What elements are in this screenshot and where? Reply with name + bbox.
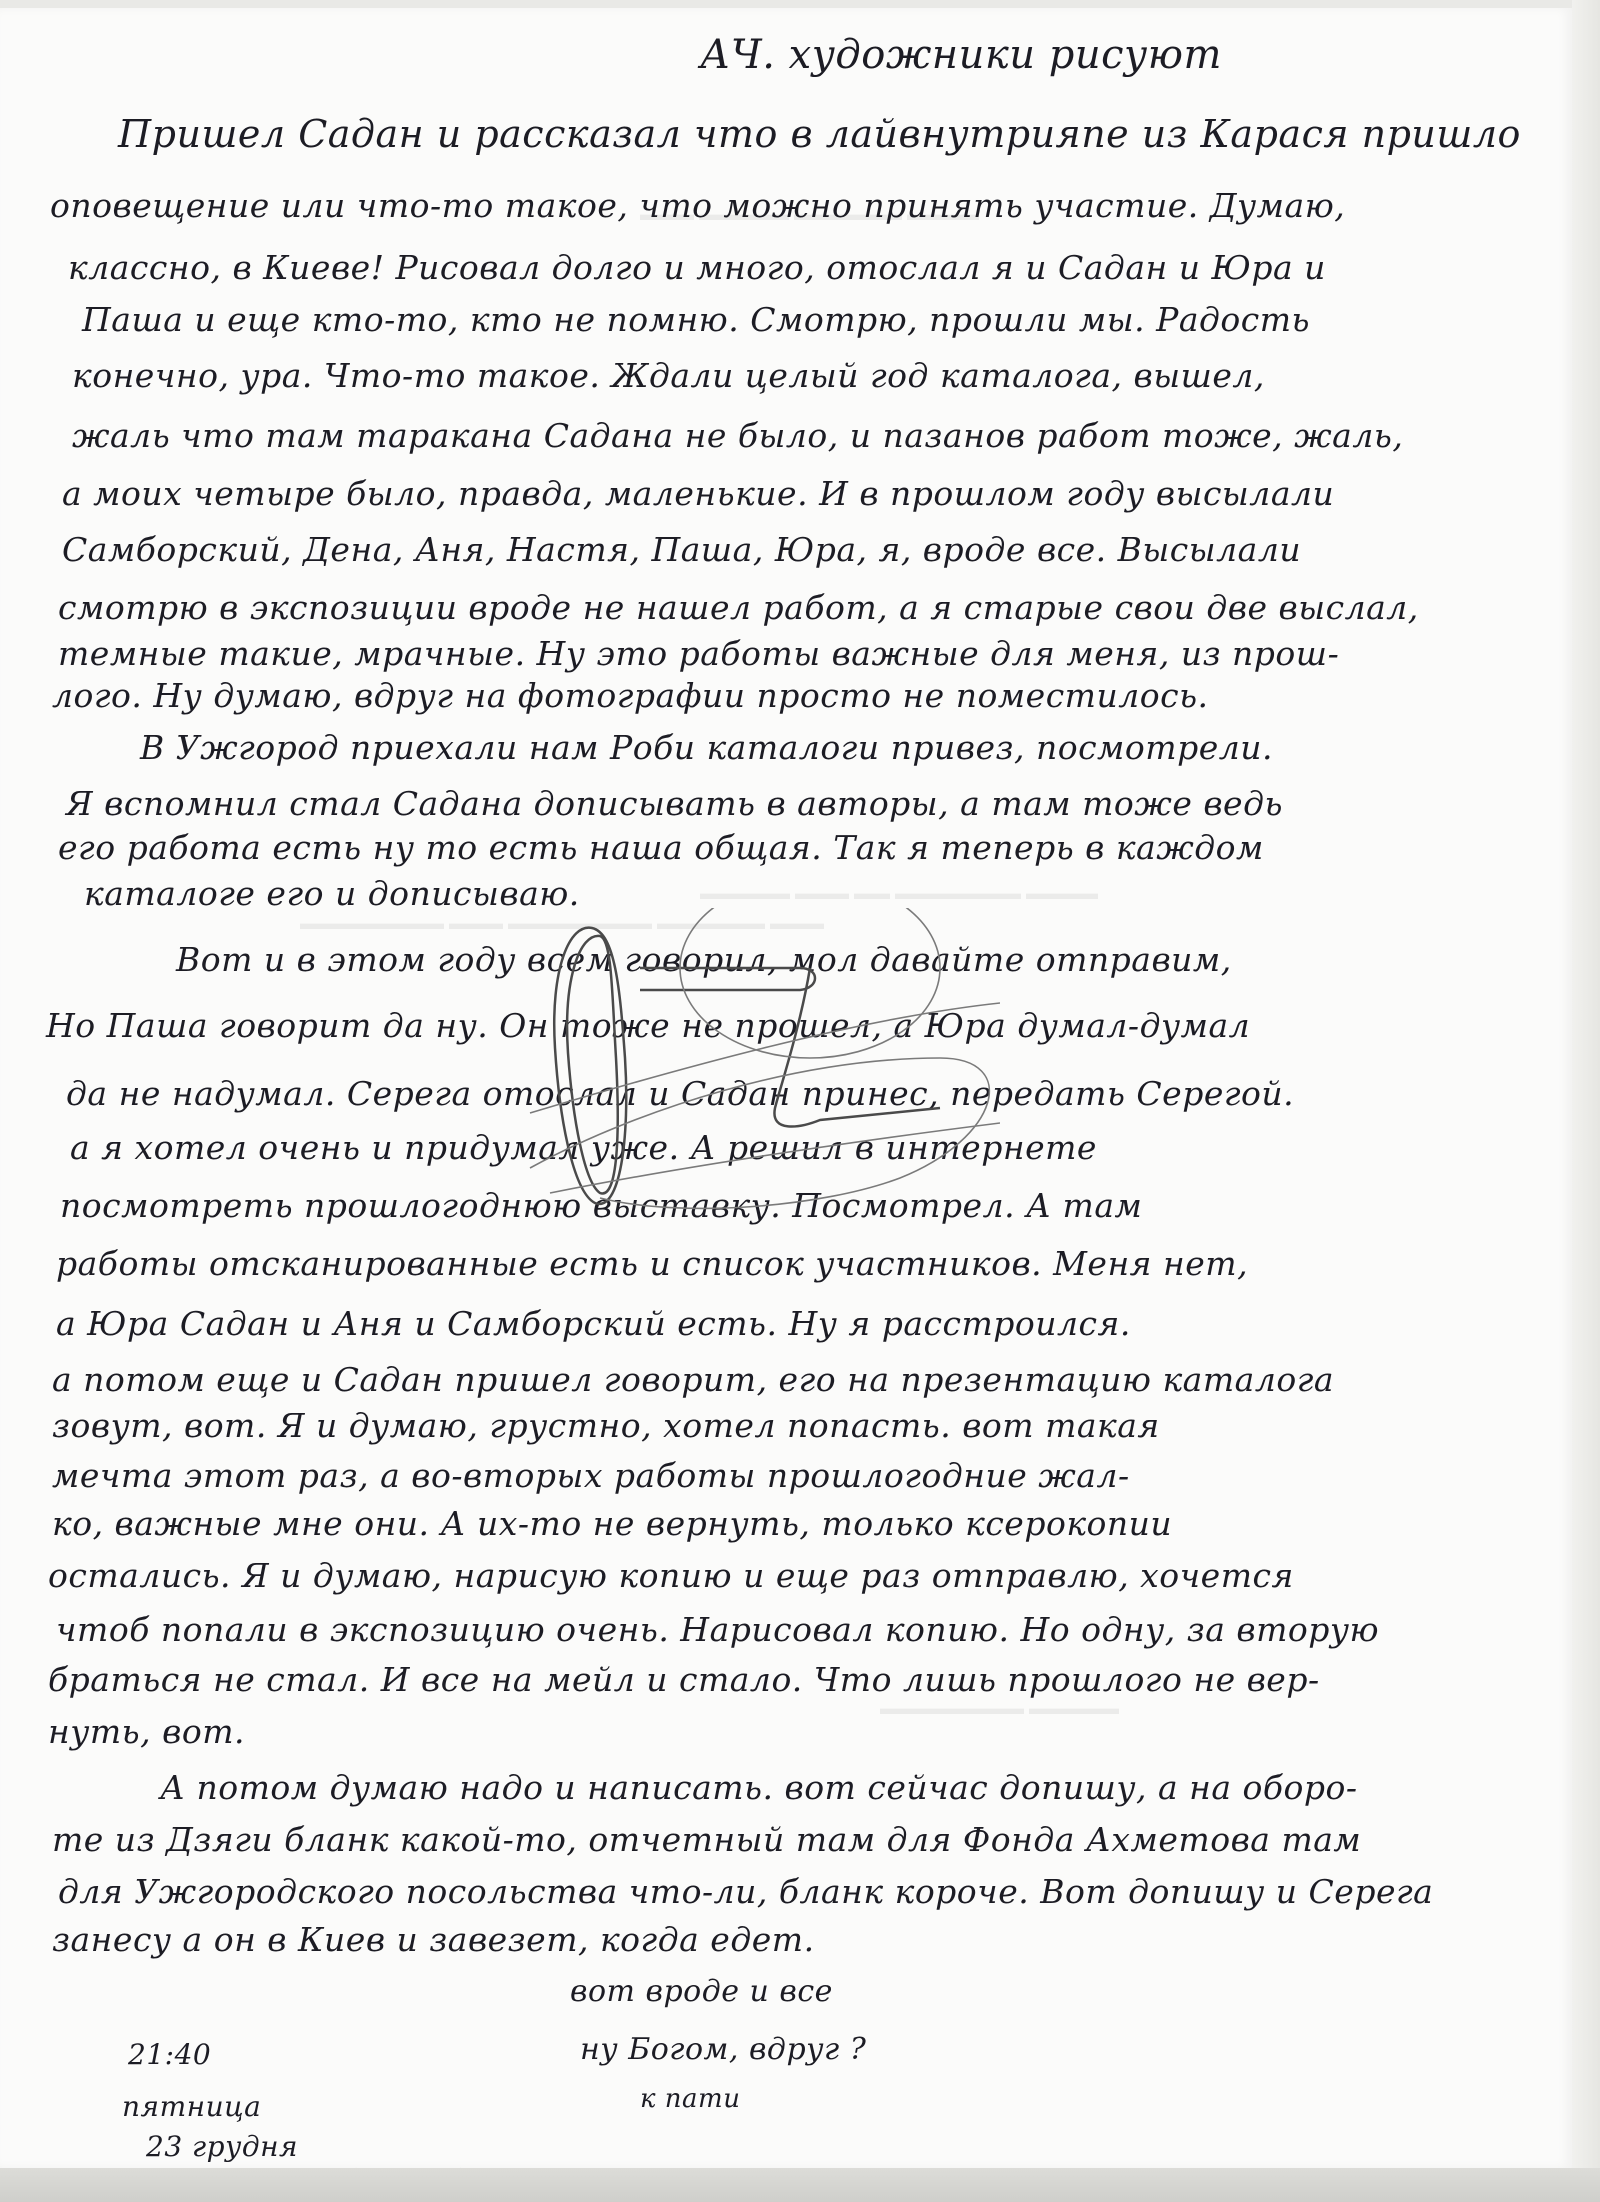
text-line: конечно, ура. Что-то такое. Ждали целый … bbox=[72, 356, 1265, 395]
closing-line: к пати bbox=[640, 2084, 740, 2114]
text-line: В Ужгород приехали нам Роби каталоги при… bbox=[140, 728, 1273, 767]
text-line: те из Дзяги бланк какой-то, отчетный там… bbox=[52, 1820, 1361, 1859]
text-line: А потом думаю надо и написать. вот сейча… bbox=[160, 1768, 1358, 1807]
text-line: остались. Я и думаю, нарисую копию и еще… bbox=[48, 1556, 1294, 1595]
text-line: его работа есть ну то есть наша общая. Т… bbox=[58, 828, 1264, 867]
text-line: оповещение или что-то такое, что можно п… bbox=[50, 186, 1345, 225]
text-line: лого. Ну думаю, вдруг на фотографии прос… bbox=[52, 676, 1209, 715]
text-line: а Юра Садан и Аня и Самборский есть. Ну … bbox=[56, 1304, 1131, 1343]
text-line: браться не стал. И все на мейл и стало. … bbox=[48, 1660, 1320, 1699]
text-line: нуть, вот. bbox=[48, 1712, 245, 1751]
text-line: смотрю в экспозиции вроде не нашел работ… bbox=[58, 588, 1419, 627]
footer-weekday: пятница bbox=[122, 2090, 261, 2123]
text-line: темные такие, мрачные. Ну это работы важ… bbox=[58, 634, 1339, 673]
footer-time: 21:40 bbox=[128, 2038, 211, 2071]
text-line: зовут, вот. Я и думаю, грустно, хотел по… bbox=[52, 1406, 1160, 1445]
text-line: жаль что там таракана Садана не было, и … bbox=[72, 416, 1403, 455]
footer-date: 23 грудня bbox=[146, 2130, 298, 2163]
text-line: ко, важные мне они. А их-то не вернуть, … bbox=[52, 1504, 1172, 1543]
bleed-through-text: ▬▬▬▬▬ ▬▬▬ ▬▬ ▬▬▬▬▬▬▬ ▬▬▬▬ bbox=[700, 883, 1098, 904]
bleed-through-text: ▬▬▬▬▬▬▬▬ ▬▬▬▬▬ bbox=[880, 1698, 1119, 1719]
page-title: АЧ. художники рисуют bbox=[700, 32, 1222, 78]
closing-line: вот вроде и все bbox=[570, 1974, 833, 2009]
text-line: занесу а он в Киев и завезет, когда едет… bbox=[52, 1920, 815, 1959]
text-line: Паша и еще кто-то, кто не помню. Смотрю,… bbox=[82, 300, 1310, 339]
text-line: Пришел Садан и рассказал что в лайвнутри… bbox=[118, 112, 1521, 156]
text-line: Самборский, Дена, Аня, Настя, Паша, Юра,… bbox=[62, 530, 1301, 569]
text-line: а потом еще и Садан пришел говорит, его … bbox=[52, 1360, 1334, 1399]
text-line: а моих четыре было, правда, маленькие. И… bbox=[62, 474, 1334, 513]
text-line: классно, в Киеве! Рисовал долго и много,… bbox=[68, 248, 1326, 287]
pencil-doodle-icon bbox=[380, 908, 1000, 1268]
closing-line: ну Богом, вдруг ? bbox=[580, 2032, 866, 2067]
text-line: Я вспомнил стал Садана дописывать в авто… bbox=[66, 784, 1283, 823]
text-line: чтоб попали в экспозицию очень. Нарисова… bbox=[56, 1610, 1379, 1649]
scan-edge-bottom bbox=[0, 2168, 1600, 2202]
handwritten-page: ▬▬▬ ▬▬▬▬▬ ▬▬▬▬▬▬ ▬▬▬▬ ▬▬▬▬▬ ▬▬▬ ▬▬ ▬▬▬▬▬… bbox=[0, 8, 1572, 2168]
text-line: мечта этот раз, а во-вторых работы прошл… bbox=[52, 1456, 1130, 1495]
text-line: для Ужгородского посольства что-ли, блан… bbox=[58, 1872, 1433, 1911]
scan-edge-right bbox=[1572, 0, 1600, 2202]
